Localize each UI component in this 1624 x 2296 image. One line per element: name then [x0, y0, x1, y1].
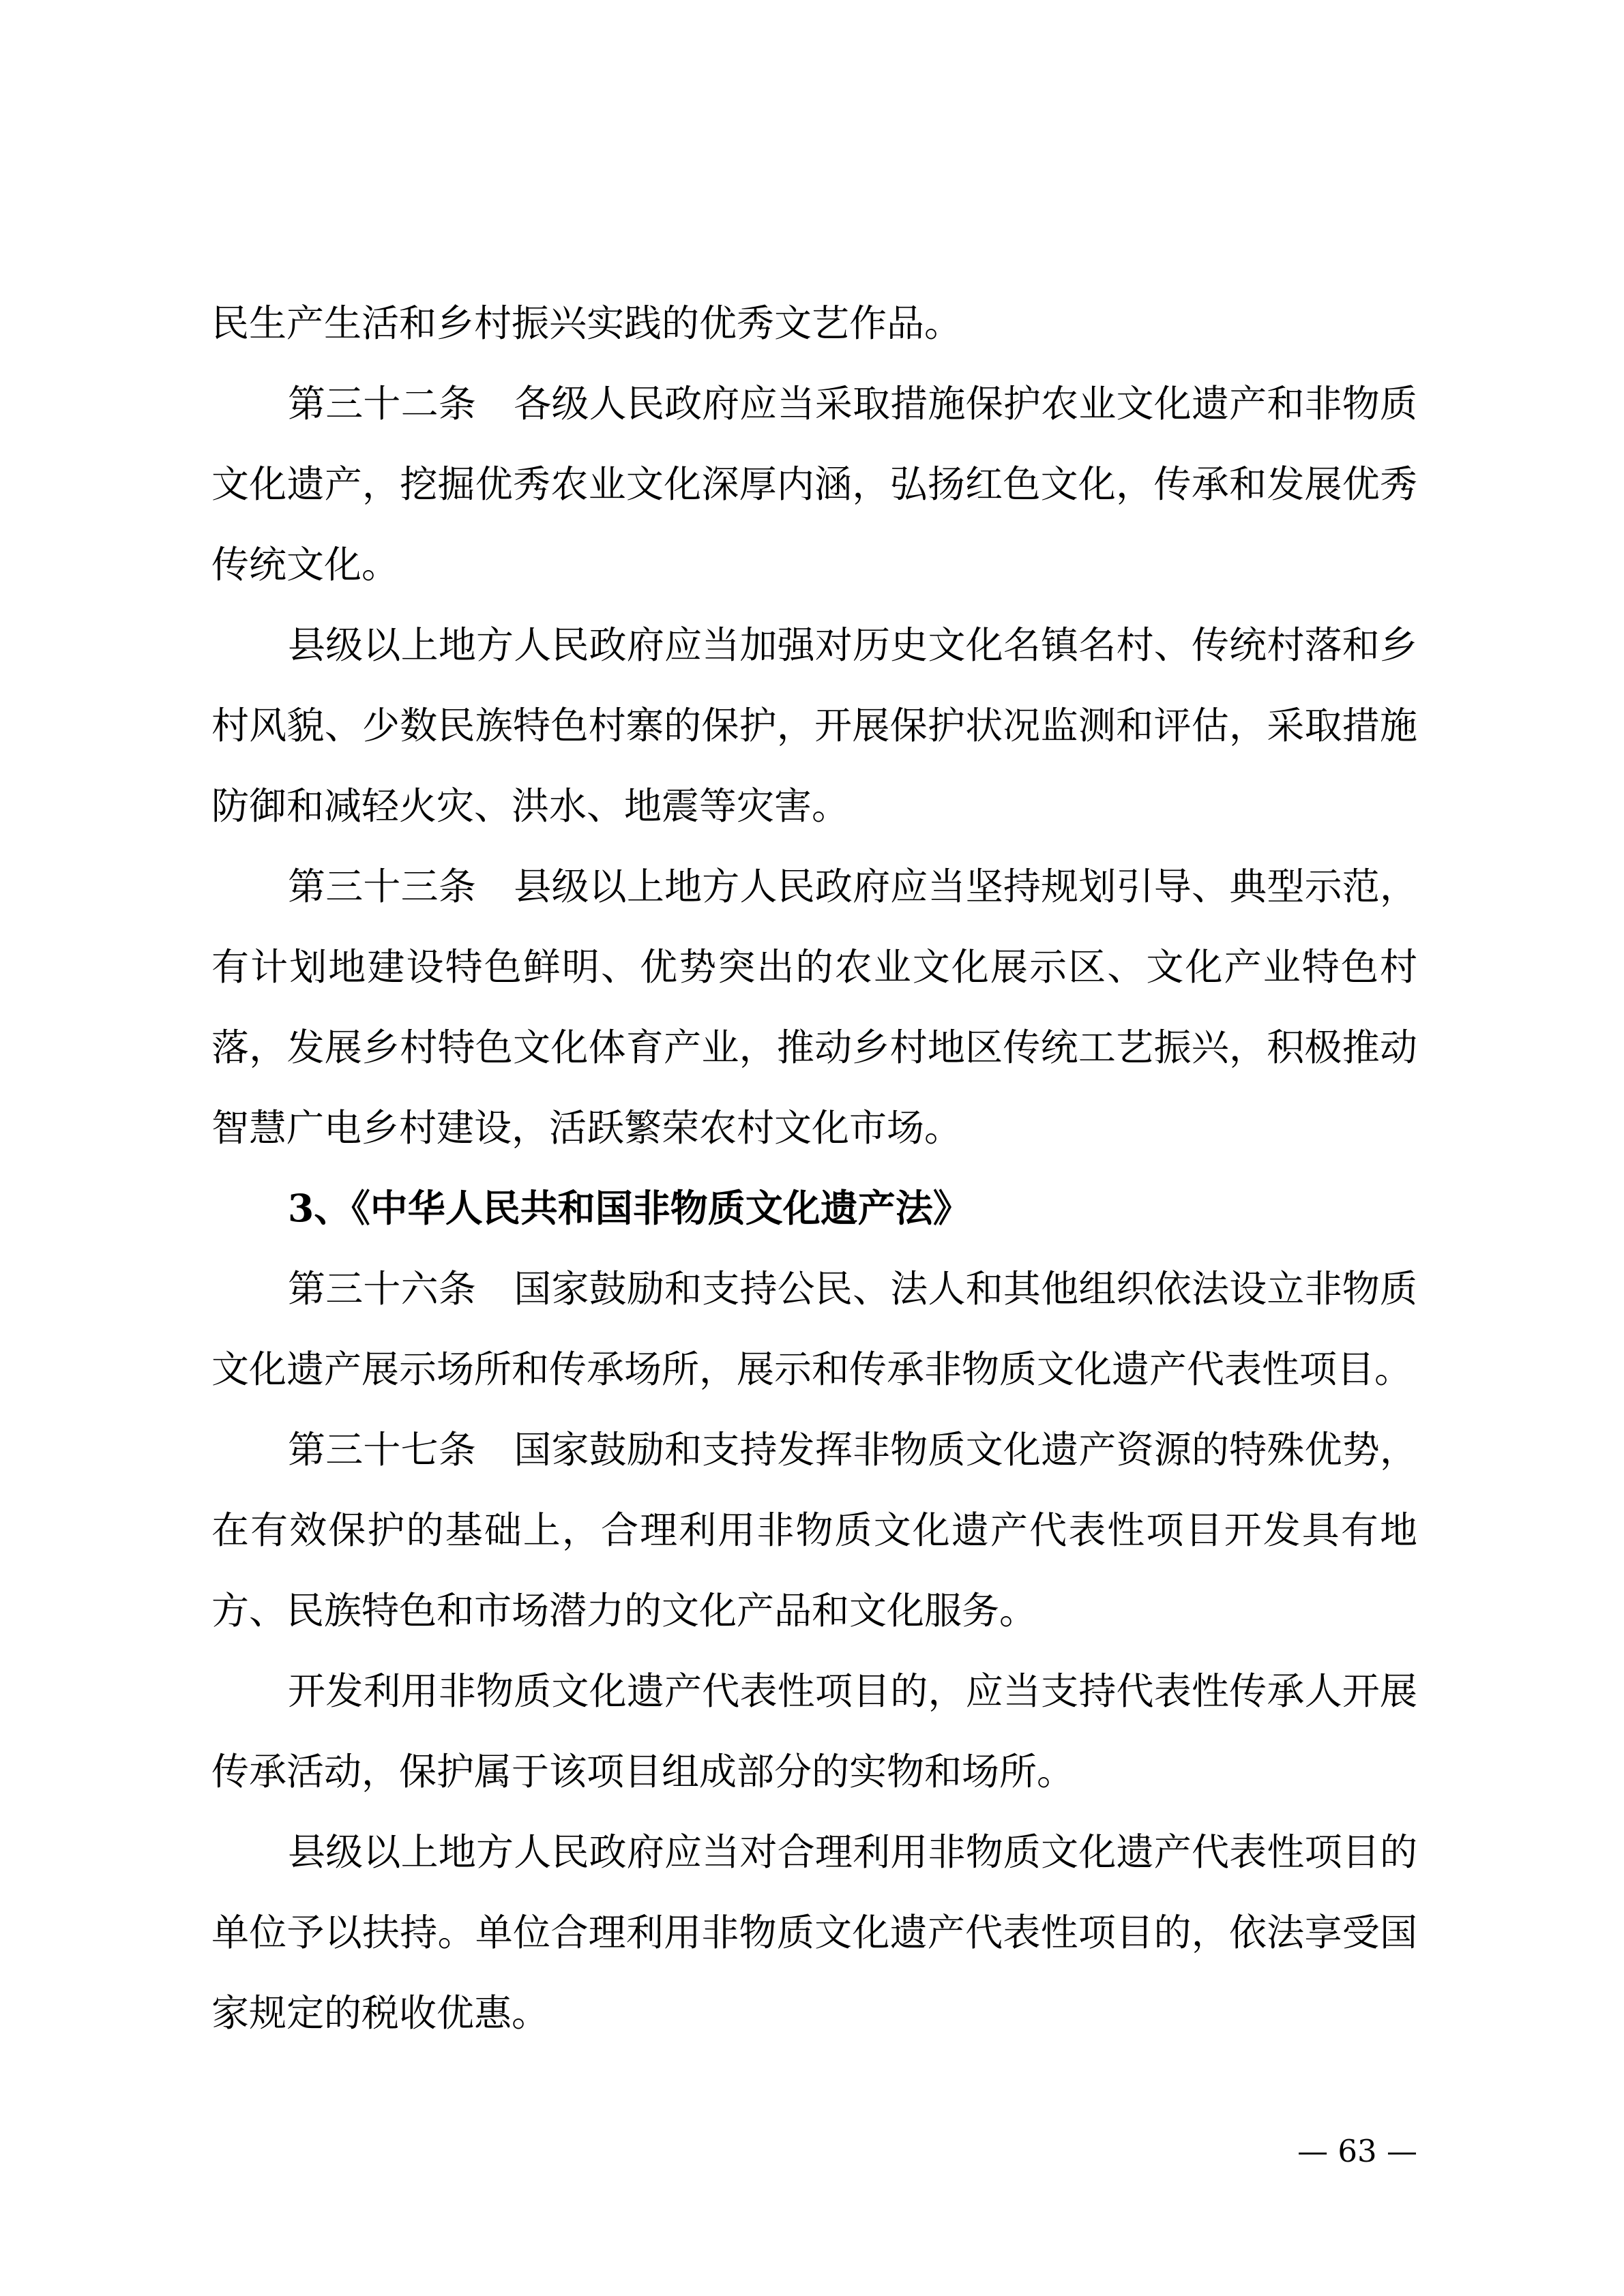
- page-number: — 63 —: [1297, 2133, 1417, 2170]
- paragraph-continuation: 民生产生活和乡村振兴实践的优秀文艺作品。: [211, 283, 1417, 363]
- section-heading-law-title: 3、《中华人民共和国非物质文化遗产法》: [211, 1168, 1417, 1249]
- paragraph-article-32-clause-2: 县级以上地方人民政府应当加强对历史文化名镇名村、传统村落和乡村风貌、少数民族特色…: [211, 605, 1417, 846]
- paragraph-article-37: 第三十七条 国家鼓励和支持发挥非物质文化遗产资源的特殊优势，在有效保护的基础上，…: [211, 1410, 1417, 1651]
- document-page: 民生产生活和乡村振兴实践的优秀文艺作品。 第三十二条 各级人民政府应当采取措施保…: [0, 0, 1624, 2296]
- paragraph-article-37-clause-2: 开发利用非物质文化遗产代表性项目的，应当支持代表性传承人开展传承活动，保护属于该…: [211, 1651, 1417, 1812]
- document-body: 民生产生活和乡村振兴实践的优秀文艺作品。 第三十二条 各级人民政府应当采取措施保…: [211, 283, 1417, 2053]
- paragraph-article-37-clause-3: 县级以上地方人民政府应当对合理利用非物质文化遗产代表性项目的单位予以扶持。单位合…: [211, 1812, 1417, 2053]
- paragraph-article-36: 第三十六条 国家鼓励和支持公民、法人和其他组织依法设立非物质文化遗产展示场所和传…: [211, 1249, 1417, 1410]
- paragraph-article-33: 第三十三条 县级以上地方人民政府应当坚持规划引导、典型示范，有计划地建设特色鲜明…: [211, 846, 1417, 1168]
- paragraph-article-32: 第三十二条 各级人民政府应当采取措施保护农业文化遗产和非物质文化遗产，挖掘优秀农…: [211, 363, 1417, 605]
